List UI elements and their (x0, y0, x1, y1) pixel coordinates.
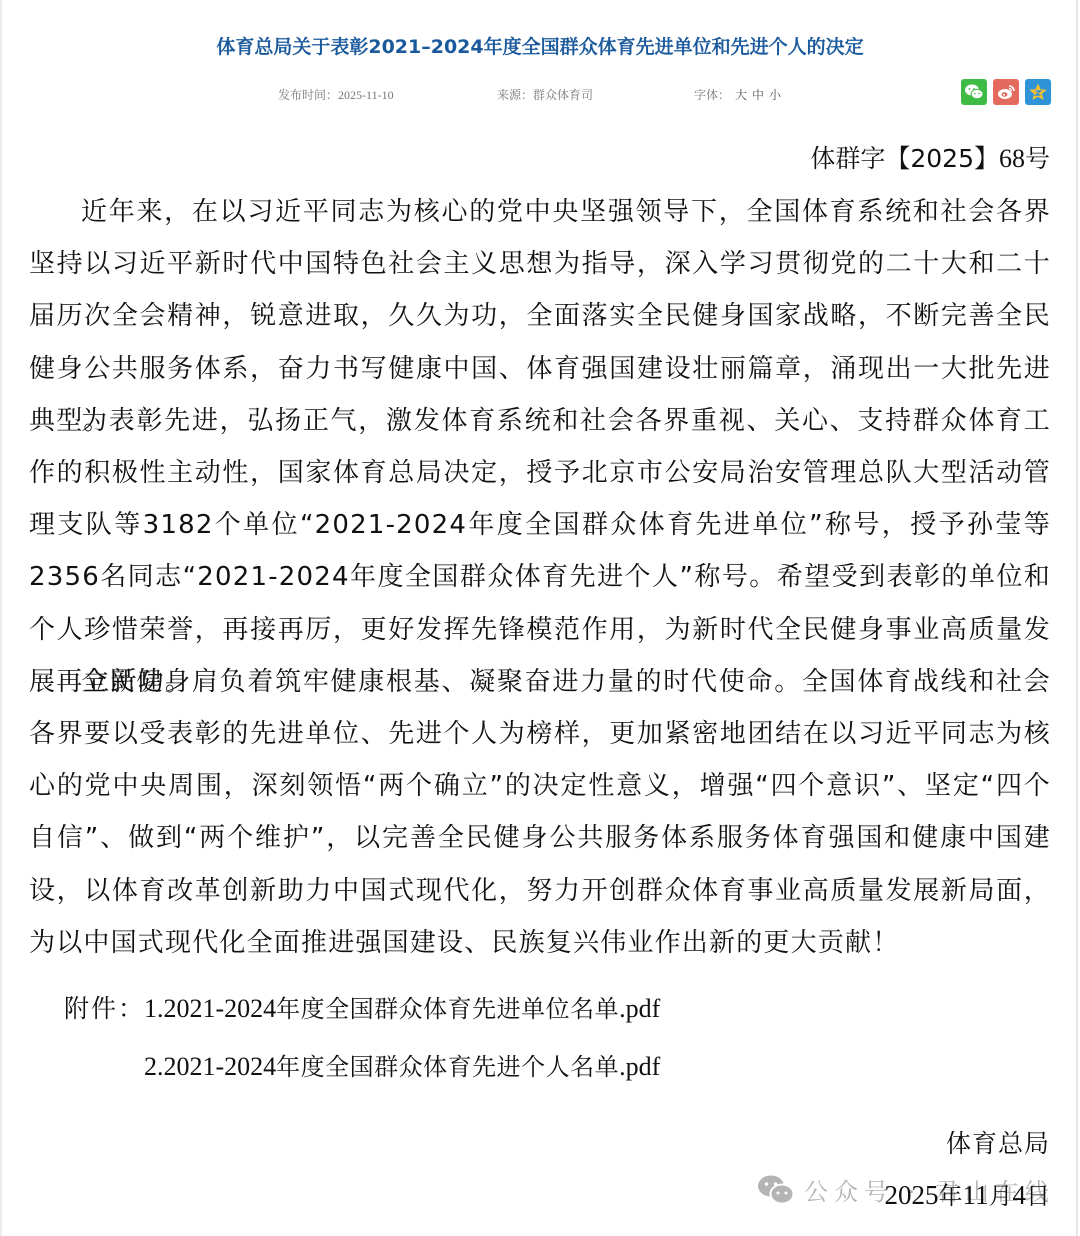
qzone-icon (1028, 82, 1048, 102)
font-size-medium-button[interactable]: 中 (752, 88, 764, 102)
attachment-row-2: 2.2021-2024年度全国群众体育先进个人名单.pdf (64, 1038, 660, 1096)
weibo-icon (996, 83, 1016, 101)
source-label: 来源： (497, 88, 533, 102)
document-number-value: 68 (999, 144, 1025, 173)
signature-year: 2025 (885, 1180, 939, 1210)
publish-date: 发布时间：2025-11-10 (278, 86, 394, 103)
attachment-years: 2021-2024 (164, 1052, 277, 1081)
document-number-year: 【2025】 (885, 144, 999, 173)
article-body: 近年来，在以习近平同志为核心的党中央坚强领导下，全国体育系统和社会各界坚持以习近… (29, 186, 1051, 969)
paragraph-3: 全民健身肩负着筑牢健康根基、凝聚奋进力量的时代使命。全国体育战线和社会各界要以受… (29, 656, 1051, 969)
attachment-index: 2. (144, 1052, 164, 1081)
font-size-small-button[interactable]: 小 (769, 88, 781, 102)
attachment-years: 2021-2024 (164, 994, 277, 1023)
signature-month-unit: 月 (989, 1182, 1013, 1210)
wechat-icon (964, 83, 984, 101)
attachments-label: 附件： (64, 980, 144, 1038)
font-size-label: 字体： (694, 88, 730, 102)
attachment-ext: .pdf (619, 994, 660, 1023)
font-size-switcher: 字体：大中小 (694, 86, 781, 103)
document-number: 体群字【2025】68号 (810, 139, 1050, 175)
share-wechat-button[interactable] (961, 79, 987, 105)
signature-month: 11 (963, 1180, 989, 1210)
document-number-suffix: 号 (1025, 144, 1050, 173)
attachment-link-1[interactable]: 1.2021-2024年度全国群众体育先进单位名单.pdf (144, 994, 660, 1023)
attachment-row-1: 附件：1.2021-2024年度全国群众体育先进单位名单.pdf (64, 980, 660, 1038)
attachment-link-2[interactable]: 2.2021-2024年度全国群众体育先进个人名单.pdf (144, 1052, 660, 1081)
signature-year-unit: 年 (939, 1182, 963, 1210)
source: 来源：群众体育司 (497, 86, 593, 103)
page-border-right (1076, 0, 1078, 1236)
source-value: 群众体育司 (533, 88, 593, 102)
signature-date: 2025年11月4日 (885, 1176, 1051, 1211)
document-number-prefix: 体群字 (810, 144, 885, 173)
paragraph-2: 为表彰先进，弘扬正气，激发体育系统和社会各界重视、关心、支持群众体育工作的积极性… (29, 395, 1051, 656)
attachment-ext: .pdf (619, 1052, 660, 1081)
paragraph-1: 近年来，在以习近平同志为核心的党中央坚强领导下，全国体育系统和社会各界坚持以习近… (29, 186, 1051, 395)
attachment-index: 1. (144, 994, 164, 1023)
wechat-icon (756, 1173, 796, 1207)
share-bar (961, 79, 1051, 105)
attachment-name: 年度全国群众体育先进单位名单 (276, 995, 619, 1023)
publish-date-value: 2025-11-10 (338, 88, 394, 102)
font-size-large-button[interactable]: 大 (735, 88, 747, 102)
share-qzone-button[interactable] (1025, 79, 1051, 105)
signature-day-unit: 日 (1026, 1182, 1050, 1210)
page-border-left (0, 0, 2, 1236)
publish-date-label: 发布时间： (278, 88, 338, 102)
signature-day: 4 (1013, 1180, 1027, 1210)
attachment-name: 年度全国群众体育先进个人名单 (276, 1053, 619, 1081)
share-weibo-button[interactable] (993, 79, 1019, 105)
article-title: 体育总局关于表彰2021–2024年度全国群众体育先进单位和先进个人的决定 (0, 32, 1080, 59)
attachments: 附件：1.2021-2024年度全国群众体育先进单位名单.pdf 2.2021-… (64, 980, 660, 1096)
signature-organization: 体育总局 (946, 1124, 1050, 1160)
